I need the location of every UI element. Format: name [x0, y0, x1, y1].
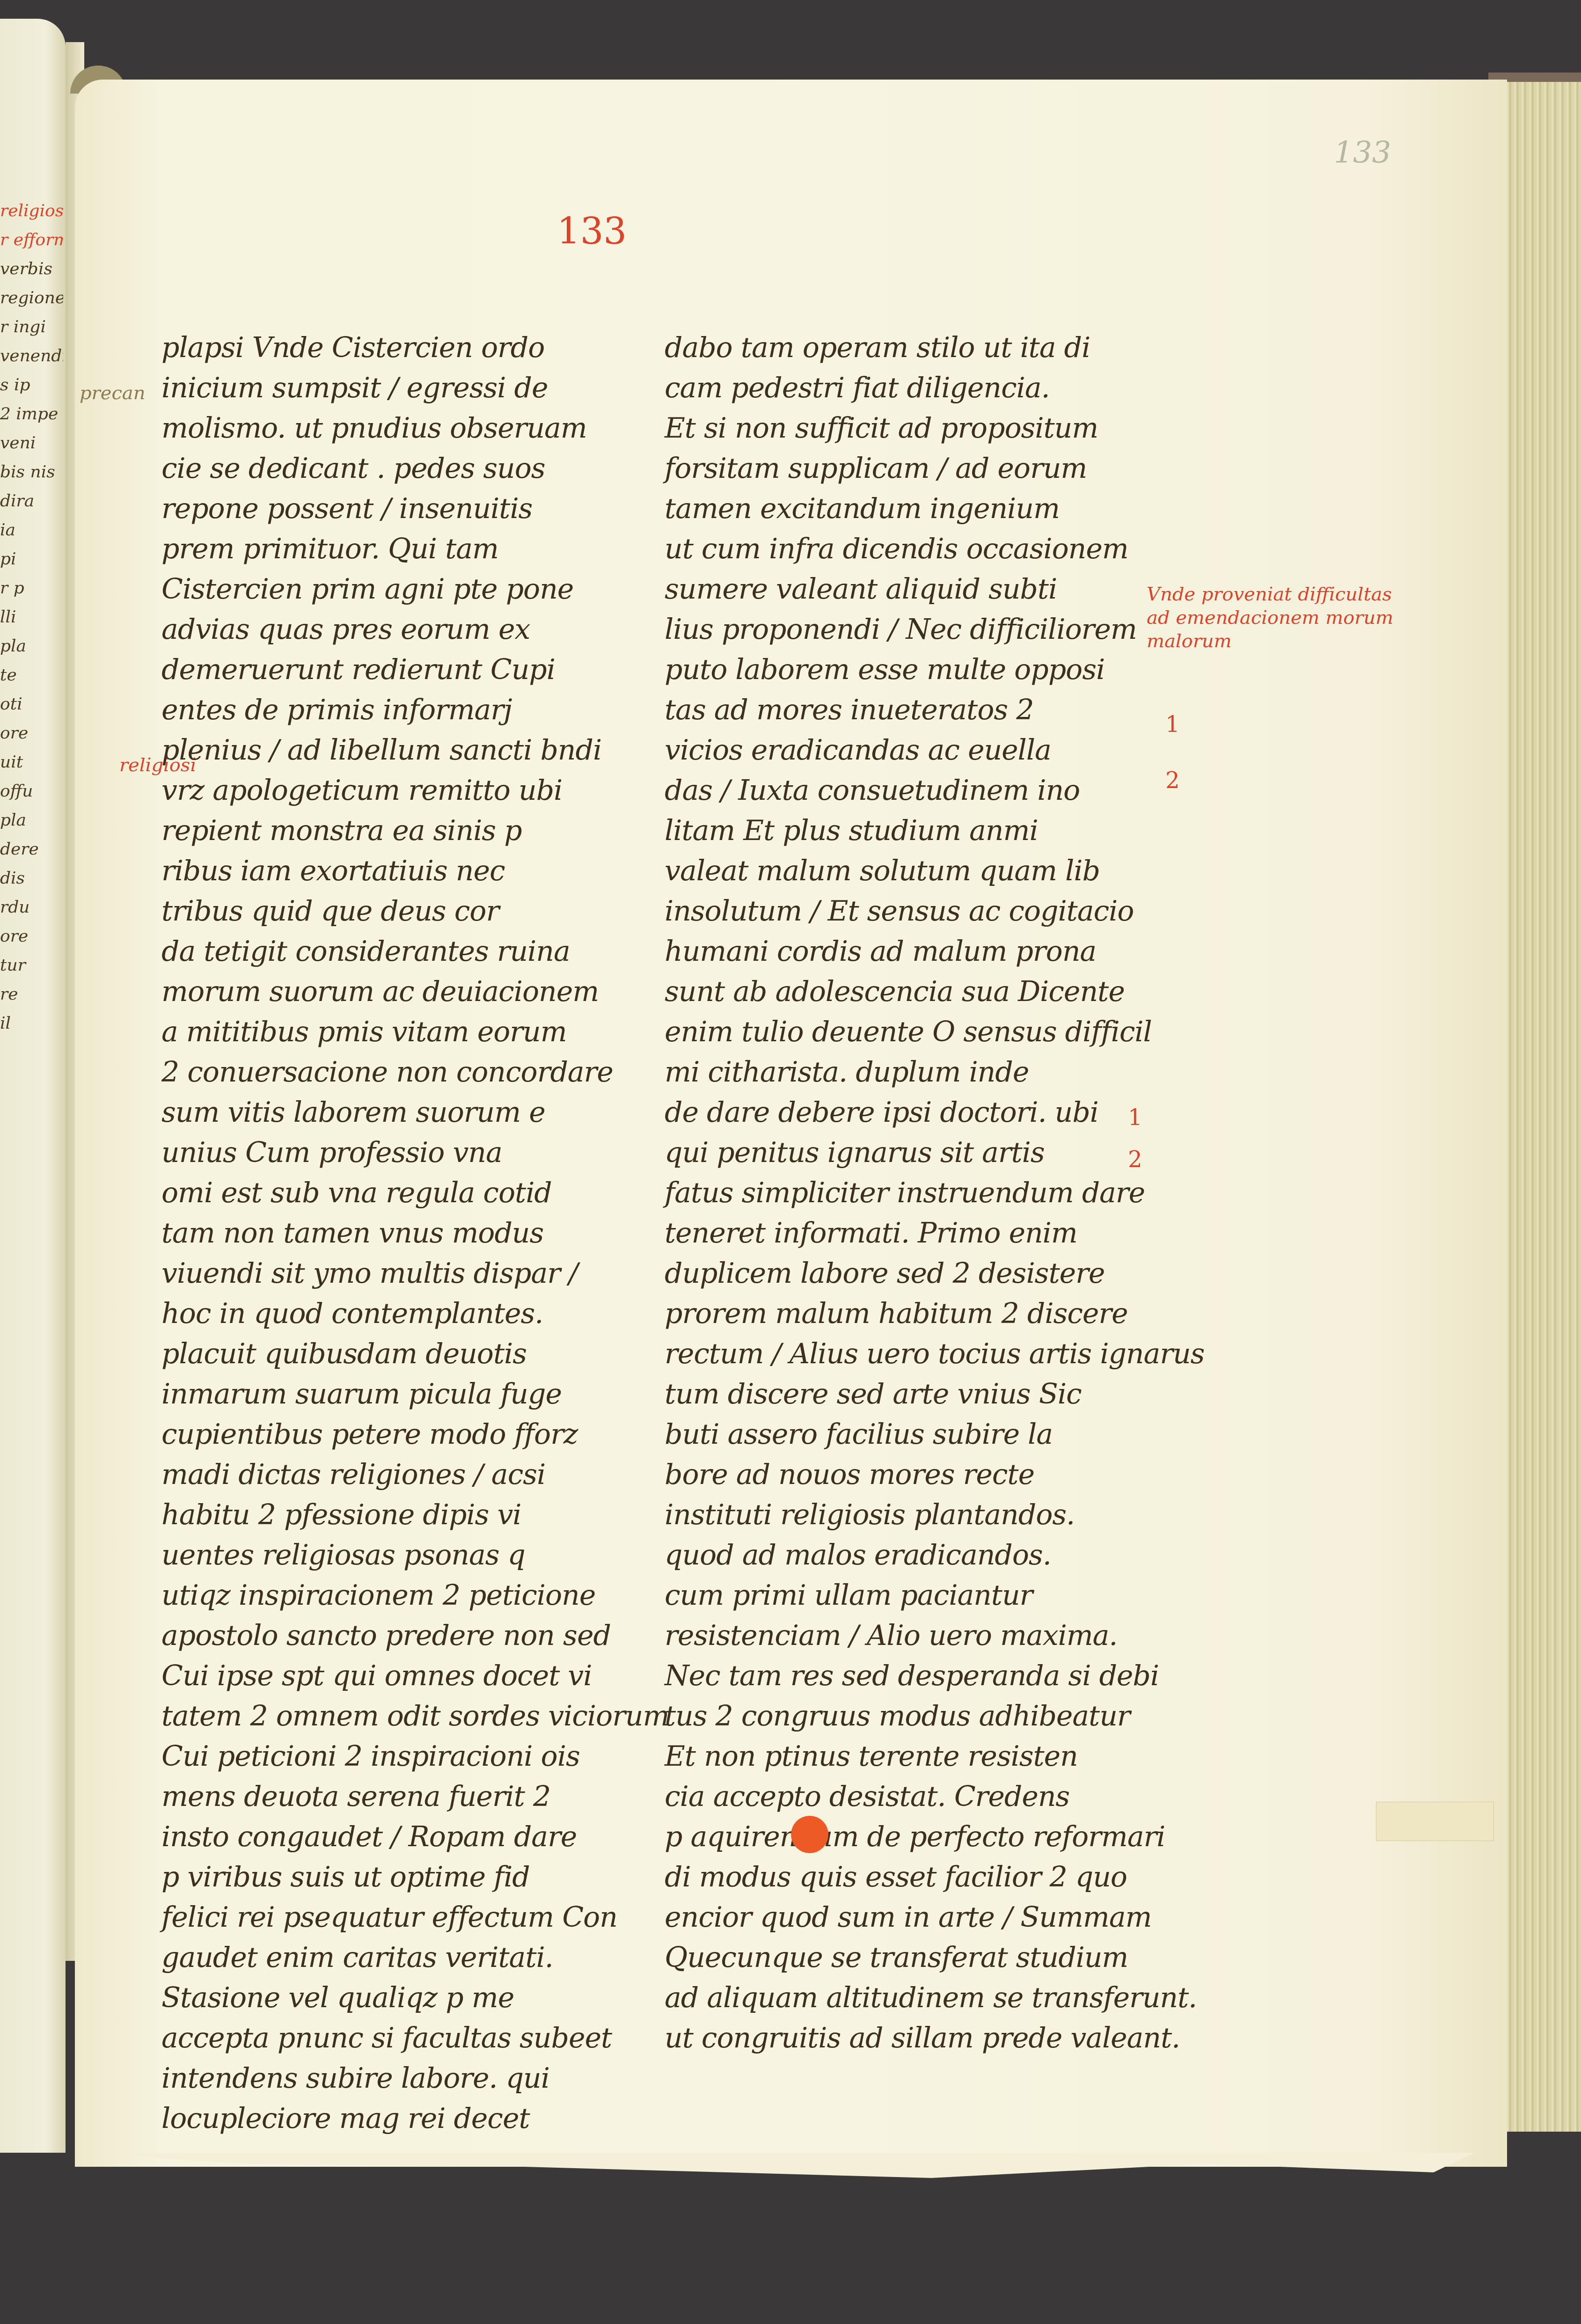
text-line: valeat malum solutum quam lib	[665, 851, 1142, 891]
text-line: lius proponendi / Nec difficiliorem	[665, 609, 1142, 650]
text-line: puto laborem esse multe opposi	[665, 650, 1142, 690]
text-line: inmarum suarum picula fuge	[161, 1374, 611, 1414]
text-line: uentes religiosas psonas q	[161, 1535, 611, 1575]
left-page-fragment: r p	[0, 574, 63, 603]
text-line: Cui peticioni 2 inspiracioni ois	[161, 1736, 611, 1776]
red-folio-number: 133	[557, 211, 627, 253]
left-page-fragment: ore	[0, 719, 63, 748]
text-line: hoc in quod contemplantes.	[161, 1294, 611, 1334]
margin-red-note-right: Vnde proveniat difficultas ad emendacion…	[1147, 583, 1474, 653]
text-line: plenius / ad libellum sancti bndi	[161, 730, 611, 770]
text-line: a mititibus pmis vitam eorum	[161, 1012, 611, 1052]
left-page-fragment: regione	[0, 284, 63, 313]
text-line: unius Cum professio vna	[161, 1133, 611, 1173]
text-line: tas ad mores inueteratos 2	[665, 690, 1142, 730]
text-line: Cui ipse spt qui omnes docet vi	[161, 1656, 611, 1696]
text-line: madi dictas religiones / acsi	[161, 1454, 611, 1495]
text-line: omi est sub vna regula cotid	[161, 1173, 611, 1213]
left-page-fragment: ore	[0, 922, 63, 951]
text-line: cupientibus petere modo fforz	[161, 1414, 611, 1454]
text-line: duplicem labore sed 2 desistere	[665, 1253, 1142, 1294]
text-line: demeruerunt redierunt Cupi	[161, 650, 611, 690]
book-fore-edge	[1498, 82, 1581, 2132]
text-line: molismo. ut pnudius obseruam	[161, 408, 611, 448]
text-line: rectum / Alius uero tocius artis ignarus	[665, 1334, 1142, 1374]
left-page-fragment: uit	[0, 748, 63, 777]
text-line: ut cum infra dicendis occasionem	[665, 529, 1142, 569]
facing-left-page: religios ab r efformandi verbisregioner …	[0, 19, 66, 2153]
text-line: Et si non sufficit ad propositum	[665, 408, 1142, 448]
text-line: p aquirendum de perfecto reformari	[665, 1817, 1142, 1857]
text-line: gaudet enim caritas veritati.	[161, 1937, 611, 1978]
left-page-fragment: ia	[0, 516, 63, 545]
left-page-fragment: re	[0, 980, 63, 1009]
text-line: enim tulio deuente O sensus difficil	[665, 1012, 1142, 1052]
text-line: habitu 2 pfessione dipis vi	[161, 1495, 611, 1535]
text-line: sunt ab adolescencia sua Dicente	[665, 972, 1142, 1012]
left-page-fragment: pla	[0, 632, 63, 661]
text-line: viuendi sit ymo multis dispar /	[161, 1253, 611, 1294]
text-line: repone possent / insenuitis	[161, 489, 611, 529]
text-line: tatem 2 omnem odit sordes viciorum	[161, 1696, 611, 1736]
left-page-fragment: dira	[0, 487, 63, 516]
text-line: Et non ptinus terente resisten	[665, 1736, 1142, 1776]
left-page-fragment: oti	[0, 690, 63, 719]
pencil-folio-number: 133	[1334, 136, 1391, 170]
paper-bookmark-tab	[1376, 1802, 1494, 1841]
text-line: quod ad malos eradicandos.	[665, 1535, 1142, 1575]
text-line: prem primituor. Qui tam	[161, 529, 611, 569]
text-line: Quecunque se transferat studium	[665, 1937, 1142, 1978]
text-line: cia accepto desistat. Credens	[665, 1776, 1142, 1817]
left-page-fragment: r ingi	[0, 313, 63, 342]
margin-number: 2	[1165, 767, 1180, 794]
margin-number: 1	[1165, 711, 1180, 738]
left-page-fragment: verbis	[0, 255, 63, 284]
left-page-fragment: dis	[0, 864, 63, 893]
text-line: tam non tamen vnus modus	[161, 1213, 611, 1253]
left-page-fragment: rdu	[0, 893, 63, 922]
text-line: p viribus suis ut optime fid	[161, 1857, 611, 1897]
left-page-rubric-line-2: r efformandi	[0, 226, 63, 255]
text-line: insolutum / Et sensus ac cogitacio	[665, 891, 1142, 931]
text-line: plapsi Vnde Cistercien ordo	[161, 328, 611, 368]
text-line: tus 2 congruus modus adhibeatur	[665, 1696, 1142, 1736]
text-line: accepta pnunc si facultas subeet	[161, 2018, 611, 2058]
text-line: insto congaudet / Ropam dare	[161, 1817, 611, 1857]
text-line: sumere valeant aliquid subti	[665, 569, 1142, 609]
text-line: intendens subire labore. qui	[161, 2058, 611, 2098]
text-line: das / Iuxta consuetudinem ino	[665, 770, 1142, 811]
text-line: ut congruitis ad sillam prede valeant.	[665, 2018, 1142, 2058]
text-line: repient monstra ea sinis p	[161, 811, 611, 851]
text-column-left: plapsi Vnde Cistercien ordoinicium sumps…	[161, 328, 611, 2139]
left-page-fragment: pla	[0, 806, 63, 835]
left-page-rubric-line-1: religios ab	[0, 197, 63, 226]
text-line: prorem malum habitum 2 discere	[665, 1294, 1142, 1334]
text-line: advias quas pres eorum ex	[161, 609, 611, 650]
text-line: bore ad nouos mores recte	[665, 1454, 1142, 1495]
text-line: qui penitus ignarus sit artis	[665, 1133, 1142, 1173]
left-page-fragment: veni	[0, 429, 63, 458]
margin-red-note-line-2: ad emendacionem morum malorum	[1147, 606, 1474, 653]
left-page-fragment: il	[0, 1009, 63, 1038]
text-line: mi citharista. duplum inde	[665, 1052, 1142, 1092]
left-page-fragment: te	[0, 661, 63, 690]
text-line: encior quod sum in arte / Summam	[665, 1897, 1142, 1937]
text-line: dabo tam operam stilo ut ita di	[665, 328, 1142, 368]
text-line: ad aliquam altitudinem se transferunt.	[665, 1978, 1142, 2018]
text-line: cie se dedicant . pedes suos	[161, 448, 611, 489]
left-page-text-fragments: religios ab r efformandi verbisregioner …	[0, 197, 63, 1038]
text-line: locupleciore mag rei decet	[161, 2098, 611, 2139]
margin-red-note-line-1: Vnde proveniat difficultas	[1147, 583, 1474, 606]
text-column-right: dabo tam operam stilo ut ita dicam pedes…	[665, 328, 1142, 2058]
left-page-fragment: dere	[0, 835, 63, 864]
text-line: resistenciam / Alio uero maxima.	[665, 1615, 1142, 1656]
left-page-fragment: bis nis	[0, 458, 63, 487]
text-line: entes de primis informarj	[161, 690, 611, 730]
text-line: litam Et plus studium anmi	[665, 811, 1142, 851]
left-page-fragment: pi	[0, 545, 63, 574]
text-line: placuit quibusdam deuotis	[161, 1334, 611, 1374]
left-page-fragment: tur	[0, 951, 63, 980]
text-line: sum vitis laborem suorum e	[161, 1092, 611, 1133]
text-line: vrz apologeticum remitto ubi	[161, 770, 611, 811]
text-line: utiqz inspiracionem 2 peticione	[161, 1575, 611, 1615]
text-line: felici rei psequatur effectum Con	[161, 1897, 611, 1937]
text-line: 2 conuersacione non concordare	[161, 1052, 611, 1092]
text-line: forsitam supplicam / ad eorum	[665, 448, 1142, 489]
text-line: tribus quid que deus cor	[161, 891, 611, 931]
text-line: inicium sumpsit / egressi de	[161, 368, 611, 408]
text-line: vicios eradicandas ac euella	[665, 730, 1142, 770]
text-line: tamen excitandum ingenium	[665, 489, 1142, 529]
left-page-fragment: 2 impe	[0, 400, 63, 429]
text-line: fatus simpliciter instruendum dare	[665, 1173, 1142, 1213]
text-line: di modus quis esset facilior 2 quo	[665, 1857, 1142, 1897]
text-line: morum suorum ac deuiacionem	[161, 972, 611, 1012]
margin-catchword: precan	[80, 381, 145, 405]
text-line: cam pedestri fiat diligencia.	[665, 368, 1142, 408]
left-page-fragment: lli	[0, 603, 63, 632]
text-line: Cistercien prim agni pte pone	[161, 569, 611, 609]
text-line: Nec tam res sed desperanda si debi	[665, 1656, 1142, 1696]
left-page-fragment: s ip	[0, 371, 63, 400]
text-line: Stasione vel qualiqz p me	[161, 1978, 611, 2018]
text-line: de dare debere ipsi doctori. ubi	[665, 1092, 1142, 1133]
left-page-fragment: offu	[0, 777, 63, 806]
text-line: tum discere sed arte vnius Sic	[665, 1374, 1142, 1414]
text-line: buti assero facilius subire la	[665, 1414, 1142, 1454]
text-line: apostolo sancto predere non sed	[161, 1615, 611, 1656]
red-ink-blot	[791, 1816, 828, 1853]
text-line: da tetigit considerantes ruina	[161, 931, 611, 972]
text-line: ribus iam exortatiuis nec	[161, 851, 611, 891]
text-line: cum primi ullam paciantur	[665, 1575, 1142, 1615]
text-line: mens deuota serena fuerit 2	[161, 1776, 611, 1817]
text-line: instituti religiosis plantandos.	[665, 1495, 1142, 1535]
left-page-fragment: venendi	[0, 342, 63, 371]
text-line: humani cordis ad malum prona	[665, 931, 1142, 972]
text-line: teneret informati. Primo enim	[665, 1213, 1142, 1253]
